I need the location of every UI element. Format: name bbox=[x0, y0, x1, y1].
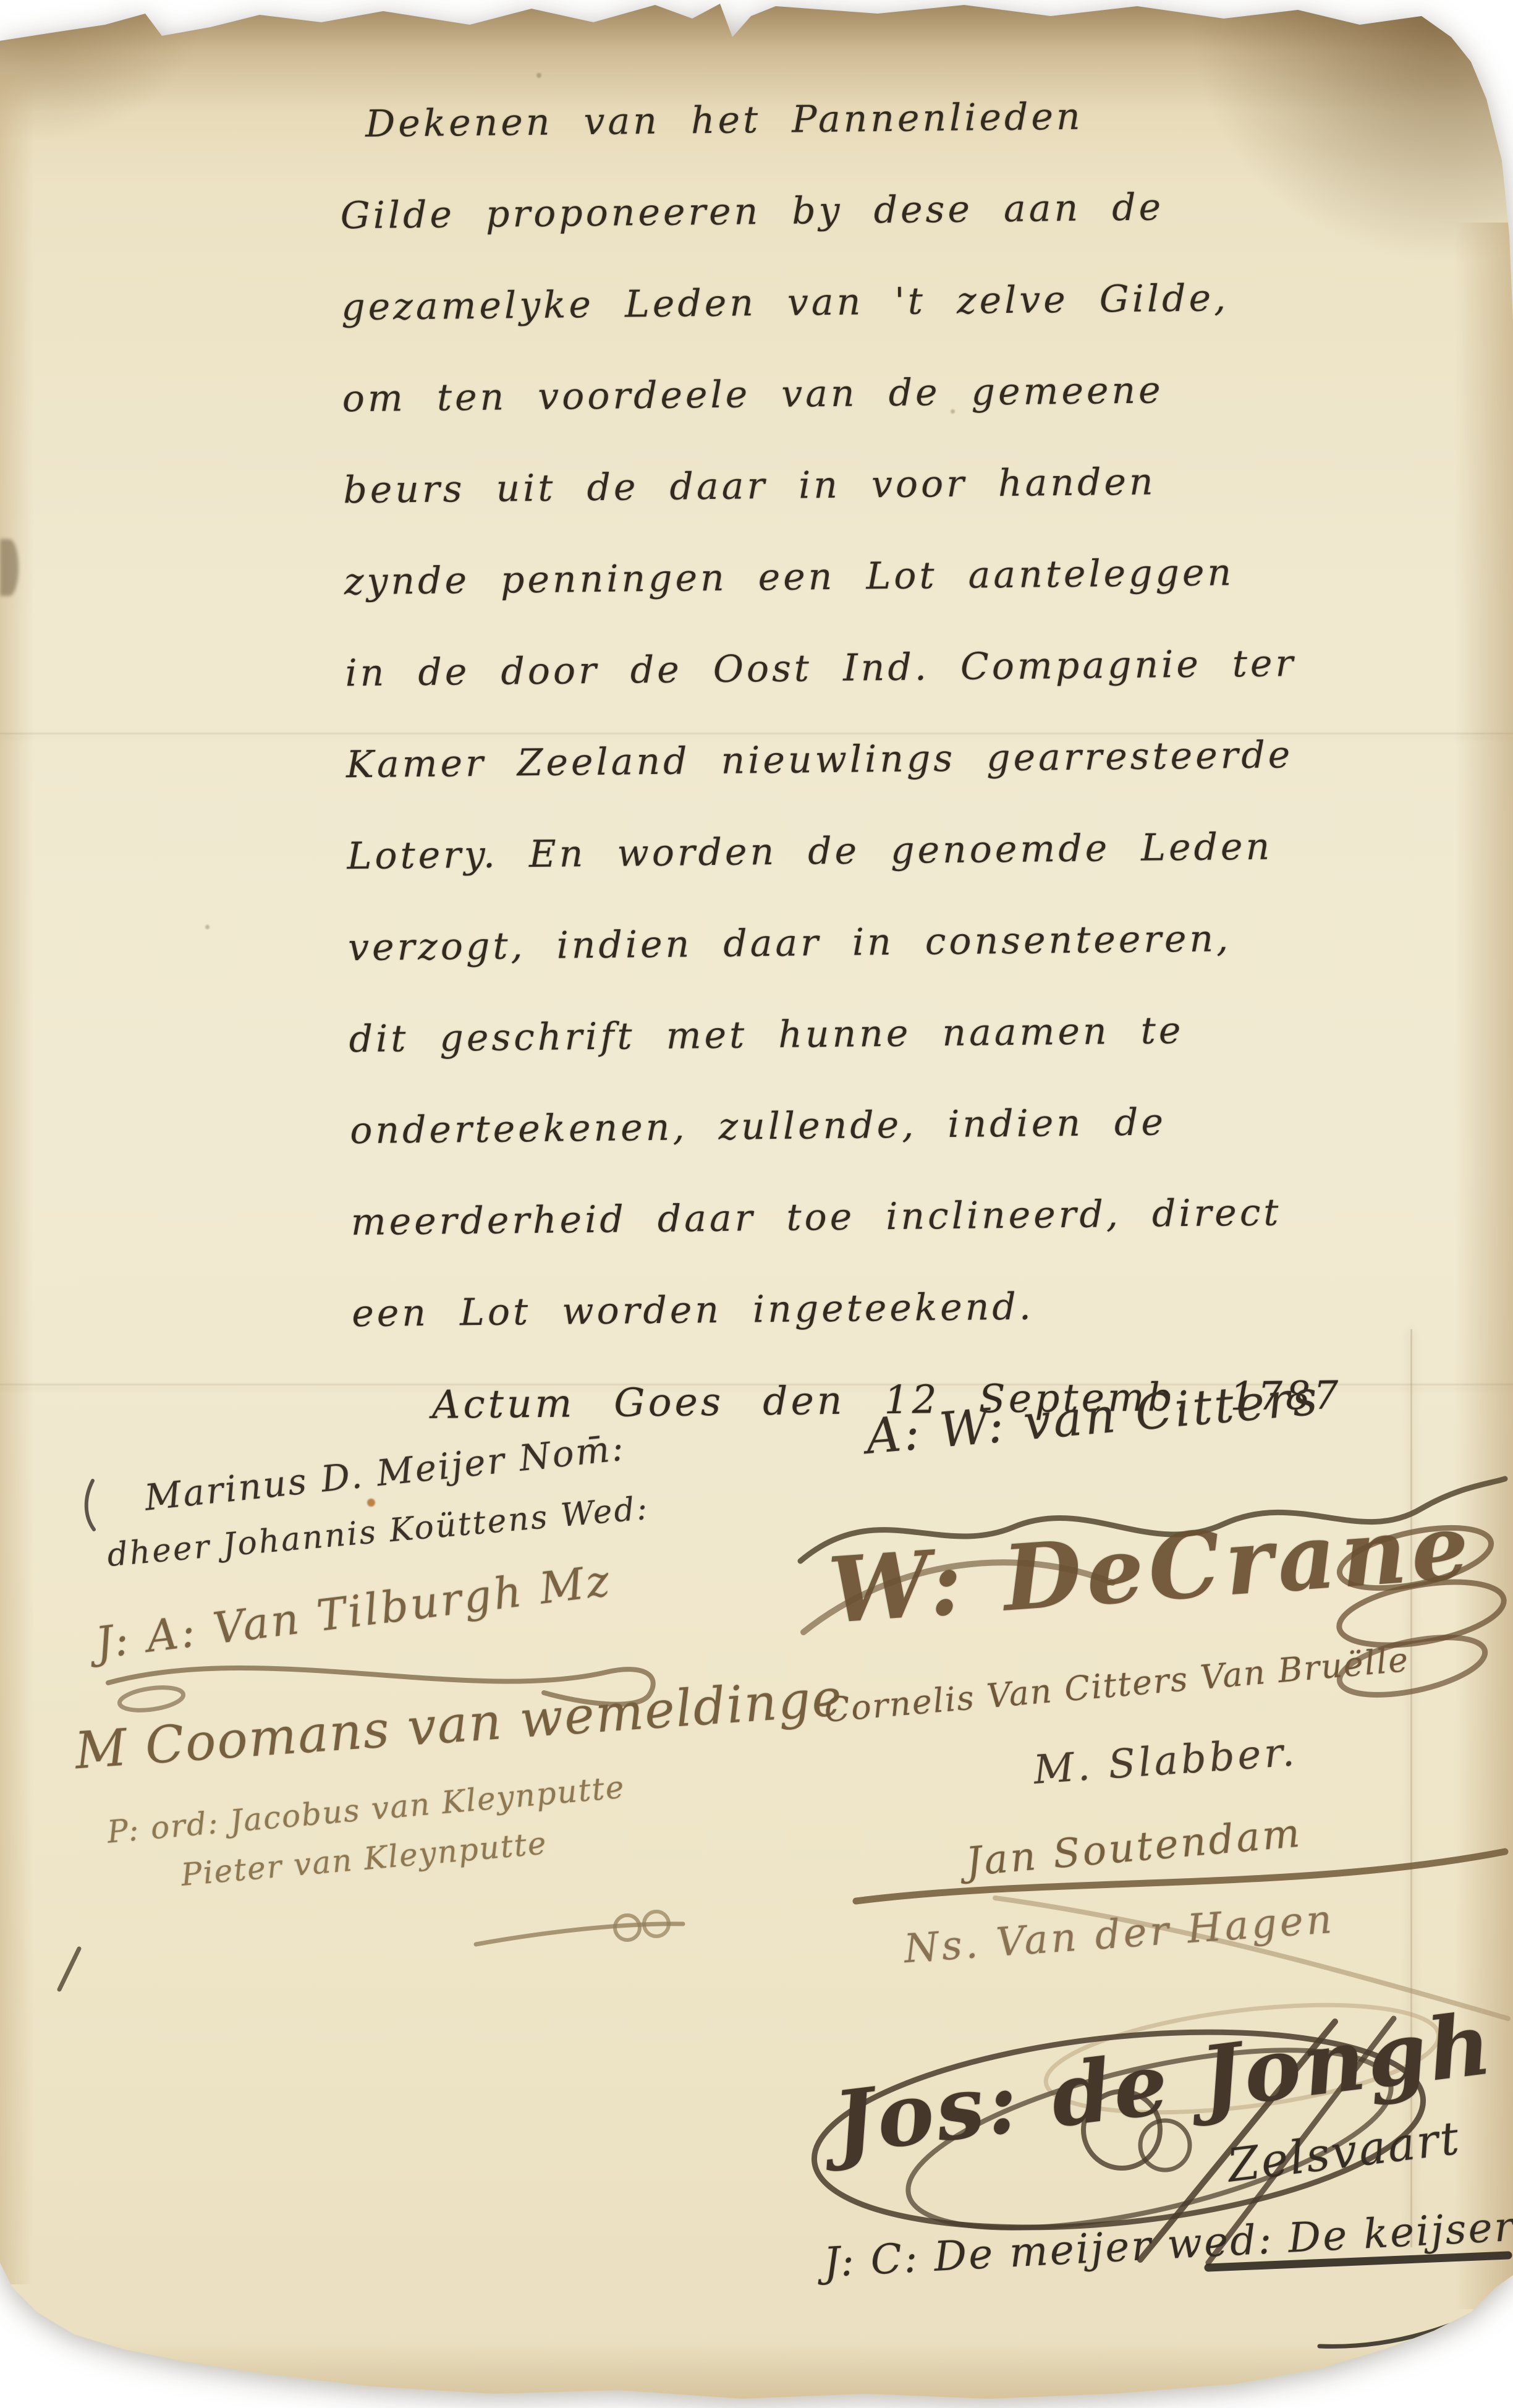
body-line: Gilde proponeeren by dese aan de bbox=[340, 159, 1428, 262]
body-line: gezamelyke Leden van 't zelve Gilde, bbox=[341, 250, 1430, 353]
body-line: verzogt, indien daar in consenteeren, bbox=[347, 891, 1436, 993]
body-line: Dekenen van het Pannenlieden bbox=[339, 67, 1427, 170]
paper-sheet-wrap: Dekenen van het Pannenlieden Gilde propo… bbox=[0, 0, 1513, 2408]
scanned-manuscript-page: { "document": { "language": "Dutch (18th… bbox=[0, 0, 1513, 2408]
body-line: onderteekenen, zullende, indien de bbox=[349, 1074, 1438, 1176]
paper-sheet: Dekenen van het Pannenlieden Gilde propo… bbox=[0, 0, 1513, 2408]
body-line: Kamer Zeeland nieuwlings gearresteerde bbox=[345, 708, 1434, 810]
body-line: om ten voordeele van de gemeene bbox=[342, 342, 1430, 445]
body-line: een Lot worden ingeteekend. bbox=[352, 1257, 1440, 1359]
marinus-paren-mark bbox=[87, 1481, 94, 1529]
body-line: Lotery. En worden de genoemde Leden bbox=[347, 799, 1435, 902]
body-line: meerderheid daar toe inclineerd, direct bbox=[350, 1165, 1439, 1268]
corner-tick-mark bbox=[59, 1949, 79, 1989]
tilburgh-loop-flourish bbox=[118, 1684, 185, 1714]
body-line: zynde penningen een Lot aanteleggen bbox=[344, 525, 1432, 628]
keijser-underline-stroke bbox=[1320, 2299, 1511, 2346]
body-line: in de door de Oost Ind. Compagnie ter bbox=[345, 616, 1433, 719]
body-line: beurs uit de daar in voor handen bbox=[343, 433, 1431, 536]
letter-body: Dekenen van het Pannenlieden Gilde propo… bbox=[339, 67, 1441, 1452]
body-line: dit geschrift met hunne naamen te bbox=[349, 982, 1437, 1085]
